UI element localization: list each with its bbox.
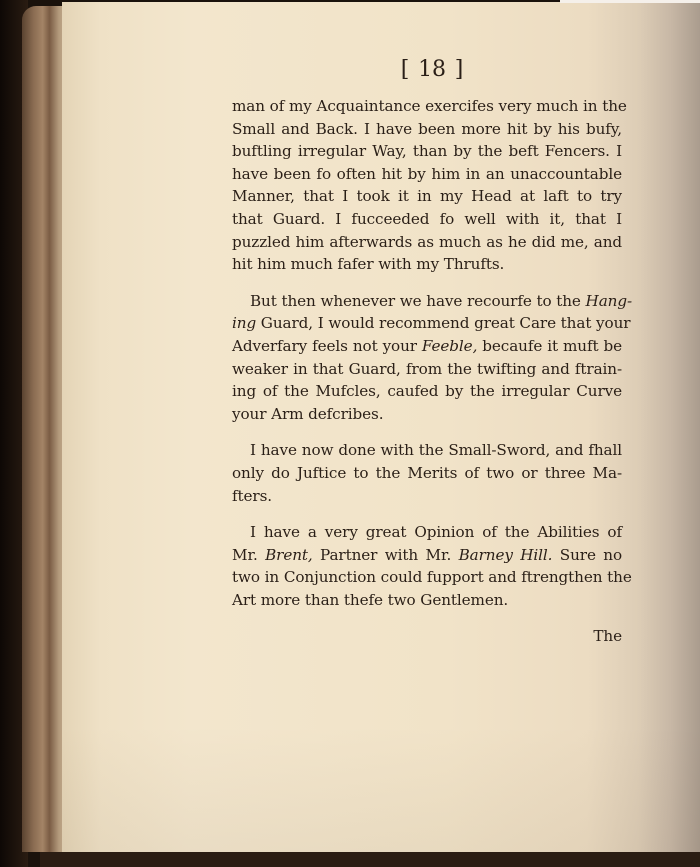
text-line: fters. [232, 485, 622, 508]
text-line: ing of the Mufcles, caufed by the irregu… [232, 380, 622, 403]
page-top-edge [560, 0, 700, 3]
book-scan: [ 18 ] man of my Acquaintance exercifes … [0, 0, 700, 867]
text-line: your Arm defcribes. [232, 403, 622, 426]
italic-term: ing [232, 314, 256, 332]
text-line: Small and Back. I have been more hit by … [232, 118, 622, 141]
page-bottom-edge [40, 852, 700, 867]
text-line: Manner, that I took it in my Head at laf… [232, 185, 622, 208]
text-line: puzzled him afterwards as much as he did… [232, 231, 622, 254]
text-line: But then whenever we have recourfe to th… [232, 290, 622, 313]
italic-term: Feeble, [422, 337, 477, 355]
text-line: have been fo often hit by him in an unac… [232, 163, 622, 186]
text-line: ing Guard, I would recommend great Care … [232, 312, 622, 335]
text-line: hit him much fafer with my Thrufts. [232, 253, 622, 276]
text-line: I have now done with the Small-Sword, an… [232, 439, 622, 462]
italic-name: Barney Hill. [459, 546, 553, 564]
italic-name: Brent, [265, 546, 313, 564]
page-number: [ 18 ] [242, 55, 622, 85]
italic-term: Hang- [586, 292, 632, 310]
text-line: I have a very great Opinion of the Abili… [232, 521, 622, 544]
text-line: buftling irregular Way, than by the beft… [232, 140, 622, 163]
text-line: Mr. Brent, Partner with Mr. Barney Hill.… [232, 544, 622, 567]
text-line: only do Juftice to the Merits of two or … [232, 462, 622, 485]
text-line: two in Conjunction could fupport and ftr… [232, 566, 622, 589]
text-line: that Guard. I fucceeded fo well with it,… [232, 208, 622, 231]
paragraph-4: I have a very great Opinion of the Abili… [232, 521, 622, 611]
text-line: Art more than thefe two Gentlemen. [232, 589, 622, 612]
text-line: Adverfary feels not your Feeble, becaufe… [232, 335, 622, 358]
text-line: man of my Acquaintance exercifes very mu… [232, 95, 622, 118]
paragraph-1: man of my Acquaintance exercifes very mu… [232, 95, 622, 276]
paragraph-3: I have now done with the Small-Sword, an… [232, 439, 622, 507]
catchword: The [232, 625, 622, 648]
page-text: [ 18 ] man of my Acquaintance exercifes … [232, 55, 622, 648]
text-line: weaker in that Guard, from the twifting … [232, 358, 622, 381]
paragraph-2: But then whenever we have recourfe to th… [232, 290, 622, 426]
